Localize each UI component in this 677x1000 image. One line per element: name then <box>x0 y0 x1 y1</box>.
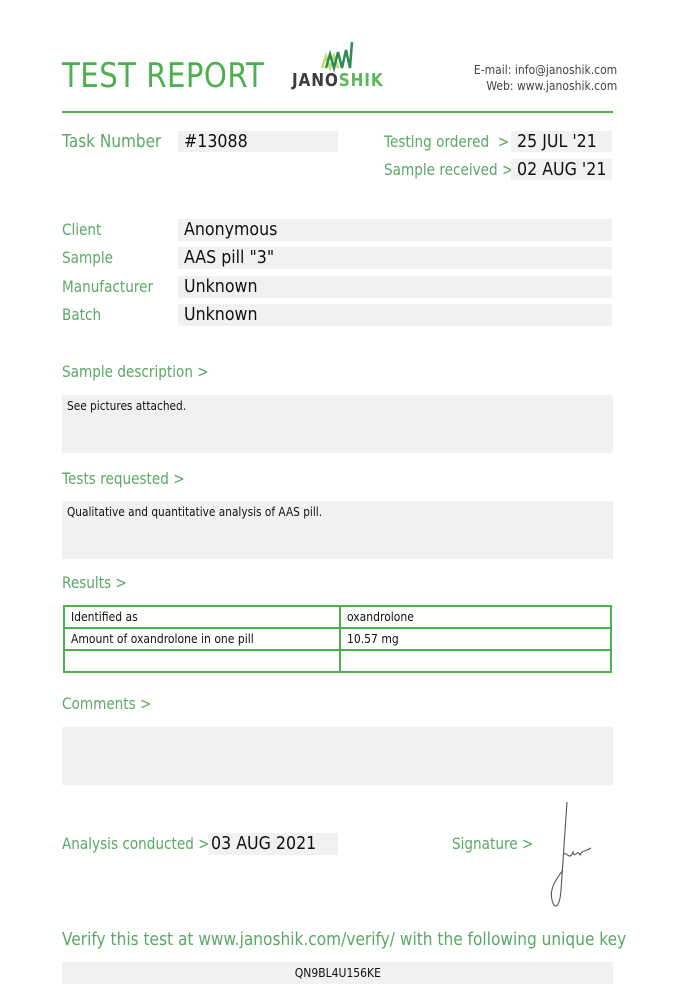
table-row: Amount of oxandrolone in one pill 10.57 … <box>64 628 611 650</box>
results-table: Identified as oxandrolone Amount of oxan… <box>63 605 612 673</box>
batch-field: Unknown <box>178 304 612 326</box>
result-label: Amount of oxandrolone in one pill <box>71 632 254 646</box>
verify-instructions: Verify this test at www.janoshik.com/ver… <box>62 929 626 950</box>
testing-ordered-label: Testing ordered > <box>384 132 509 151</box>
header-divider <box>62 111 613 113</box>
report-title: TEST REPORT <box>62 56 264 96</box>
sample-field: AAS pill "3" <box>178 247 612 269</box>
tests-requested-heading: Tests requested > <box>62 469 185 488</box>
sample-received-label: Sample received > <box>384 160 513 179</box>
comments-heading: Comments > <box>62 694 151 713</box>
result-value: oxandrolone <box>347 610 414 624</box>
analysis-conducted-field: 03 AUG 2021 <box>208 833 338 855</box>
client-label: Client <box>62 220 101 239</box>
sample-label: Sample <box>62 248 113 267</box>
batch-label: Batch <box>62 305 101 324</box>
client-field: Anonymous <box>178 219 612 241</box>
sample-received-field: 02 AUG '21 <box>511 159 612 180</box>
web-line: Web: www.janoshik.com <box>474 78 617 94</box>
manufacturer-label: Manufacturer <box>62 277 153 296</box>
table-row <box>64 650 611 672</box>
email-line: E-mail: info@janoshik.com <box>474 62 617 78</box>
comments-box <box>62 727 613 785</box>
manufacturer-field: Unknown <box>178 276 612 298</box>
results-heading: Results > <box>62 573 127 592</box>
task-number-label: Task Number <box>62 131 161 152</box>
task-number-field: #13088 <box>178 131 338 152</box>
testing-ordered-field: 25 JUL '21 <box>511 131 612 152</box>
sample-description-heading: Sample description > <box>62 362 209 381</box>
signature-label: Signature > <box>452 834 533 853</box>
result-value: 10.57 mg <box>347 632 399 646</box>
tests-requested-box: Qualitative and quantitative analysis of… <box>62 501 613 559</box>
analysis-conducted-label: Analysis conducted > <box>62 834 210 853</box>
sample-description-box: See pictures attached. <box>62 395 613 453</box>
verification-key: QN9BL4U156KE <box>62 962 613 984</box>
table-row: Identified as oxandrolone <box>64 606 611 628</box>
result-label: Identified as <box>71 610 138 624</box>
signature-icon <box>545 800 600 920</box>
contact-info: E-mail: info@janoshik.com Web: www.janos… <box>474 62 617 94</box>
brand-name: JANOSHIK <box>292 70 384 91</box>
